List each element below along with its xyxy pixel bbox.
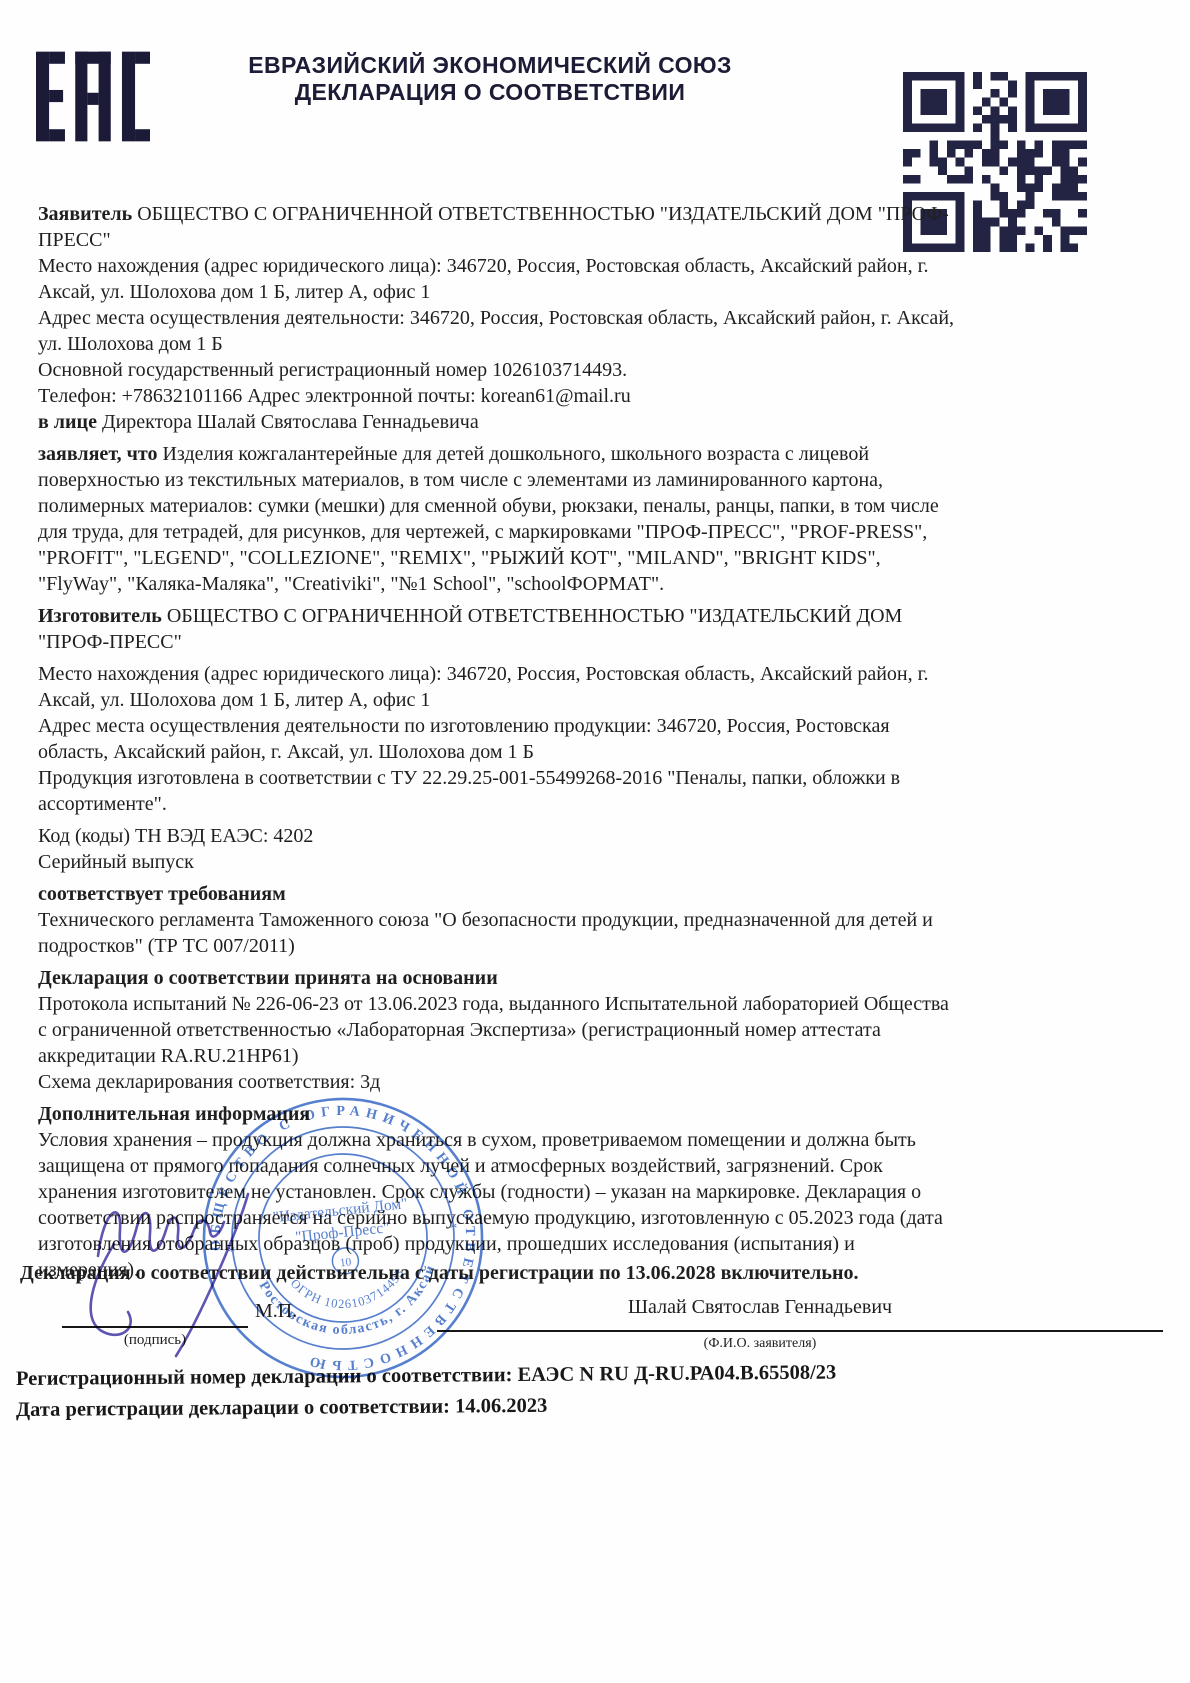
manufacturer-label: Изготовитель	[38, 605, 162, 627]
paragraph-applicant-ogrn: Основной государственный регистрационный…	[38, 357, 960, 383]
registration-number-value: ЕАЭС N RU Д-RU.РА04.В.65508/23	[512, 1362, 836, 1387]
paragraph-tnved-code: Код (коды) ТН ВЭД ЕАЭС: 4202	[38, 823, 960, 849]
stamp-star-right: *	[449, 1220, 459, 1238]
paragraph-basis-text: Протокола испытаний № 226-06-23 от 13.06…	[38, 991, 960, 1069]
registration-date-label: Дата регистрации декларации о соответств…	[16, 1396, 450, 1421]
signer-name-line	[437, 1330, 1163, 1332]
paragraph-manufacturer-address-legal: Место нахождения (адрес юридического лиц…	[38, 661, 960, 713]
registration-date-value: 14.06.2023	[450, 1395, 548, 1418]
paragraph-tu-statement: Продукция изготовлена в соответствии с Т…	[38, 765, 960, 817]
paragraph-applicant-address-activity: Адрес места осуществления деятельности: …	[38, 305, 960, 357]
stamp-number: 10	[339, 1256, 352, 1269]
paragraph-release-type: Серийный выпуск	[38, 849, 960, 875]
complies-heading: соответствует требованиям	[38, 881, 960, 907]
handwritten-signature	[70, 1178, 330, 1378]
paragraph-applicant-contacts: Телефон: +78632101166 Адрес электронной …	[38, 383, 960, 409]
additional-info-heading: Дополнительная информация	[38, 1101, 960, 1127]
applicant-name: ОБЩЕСТВО С ОГРАНИЧЕННОЙ ОТВЕТСТВЕННОСТЬЮ…	[38, 203, 949, 251]
paragraph-applicant-address-legal: Место нахождения (адрес юридического лиц…	[38, 253, 960, 305]
document-body: Заявитель ОБЩЕСТВО С ОГРАНИЧЕННОЙ ОТВЕТС…	[38, 201, 960, 1283]
declares-label: заявляет, что	[38, 443, 157, 465]
paragraph-manufacturer-address-production: Адрес места осуществления деятельности п…	[38, 713, 960, 765]
title-line-1: ЕВРАЗИЙСКИЙ ЭКОНОМИЧЕСКИЙ СОЮЗ	[140, 52, 840, 79]
paragraph-regulation: Технического регламента Таможенного союз…	[38, 907, 960, 959]
product-description: Изделия кожгалантерейные для детей дошко…	[38, 443, 939, 595]
registration-date-line: Дата регистрации декларации о соответств…	[16, 1395, 548, 1422]
paragraph-manufacturer: Изготовитель ОБЩЕСТВО С ОГРАНИЧЕННОЙ ОТВ…	[38, 603, 960, 655]
paragraph-product: заявляет, что Изделия кожгалантерейные д…	[38, 441, 960, 597]
applicant-label: Заявитель	[38, 203, 132, 225]
manufacturer-name: ОБЩЕСТВО С ОГРАНИЧЕННОЙ ОТВЕТСТВЕННОСТЬЮ…	[38, 605, 902, 653]
title-line-2: ДЕКЛАРАЦИЯ О СООТВЕТСТВИИ	[140, 79, 840, 106]
basis-heading: Декларация о соответствии принята на осн…	[38, 965, 960, 991]
representative-label: в лице	[38, 411, 97, 433]
signer-caption: (Ф.И.О. заявителя)	[540, 1336, 980, 1352]
signer-name: Шалай Святослав Геннадьевич	[540, 1296, 980, 1319]
paragraph-applicant: Заявитель ОБЩЕСТВО С ОГРАНИЧЕННОЙ ОТВЕТС…	[38, 201, 960, 253]
document-title: ЕВРАЗИЙСКИЙ ЭКОНОМИЧЕСКИЙ СОЮЗ ДЕКЛАРАЦИ…	[140, 52, 840, 106]
declaration-document: ЕВРАЗИЙСКИЙ ЭКОНОМИЧЕСКИЙ СОЮЗ ДЕКЛАРАЦИ…	[0, 0, 1190, 1683]
representative-name: Директора Шалай Святослава Геннадьевича	[97, 411, 479, 433]
eac-logo	[36, 48, 150, 145]
paragraph-scheme: Схема декларирования соответствия: 3д	[38, 1069, 960, 1095]
paragraph-representative: в лице Директора Шалай Святослава Геннад…	[38, 409, 960, 435]
